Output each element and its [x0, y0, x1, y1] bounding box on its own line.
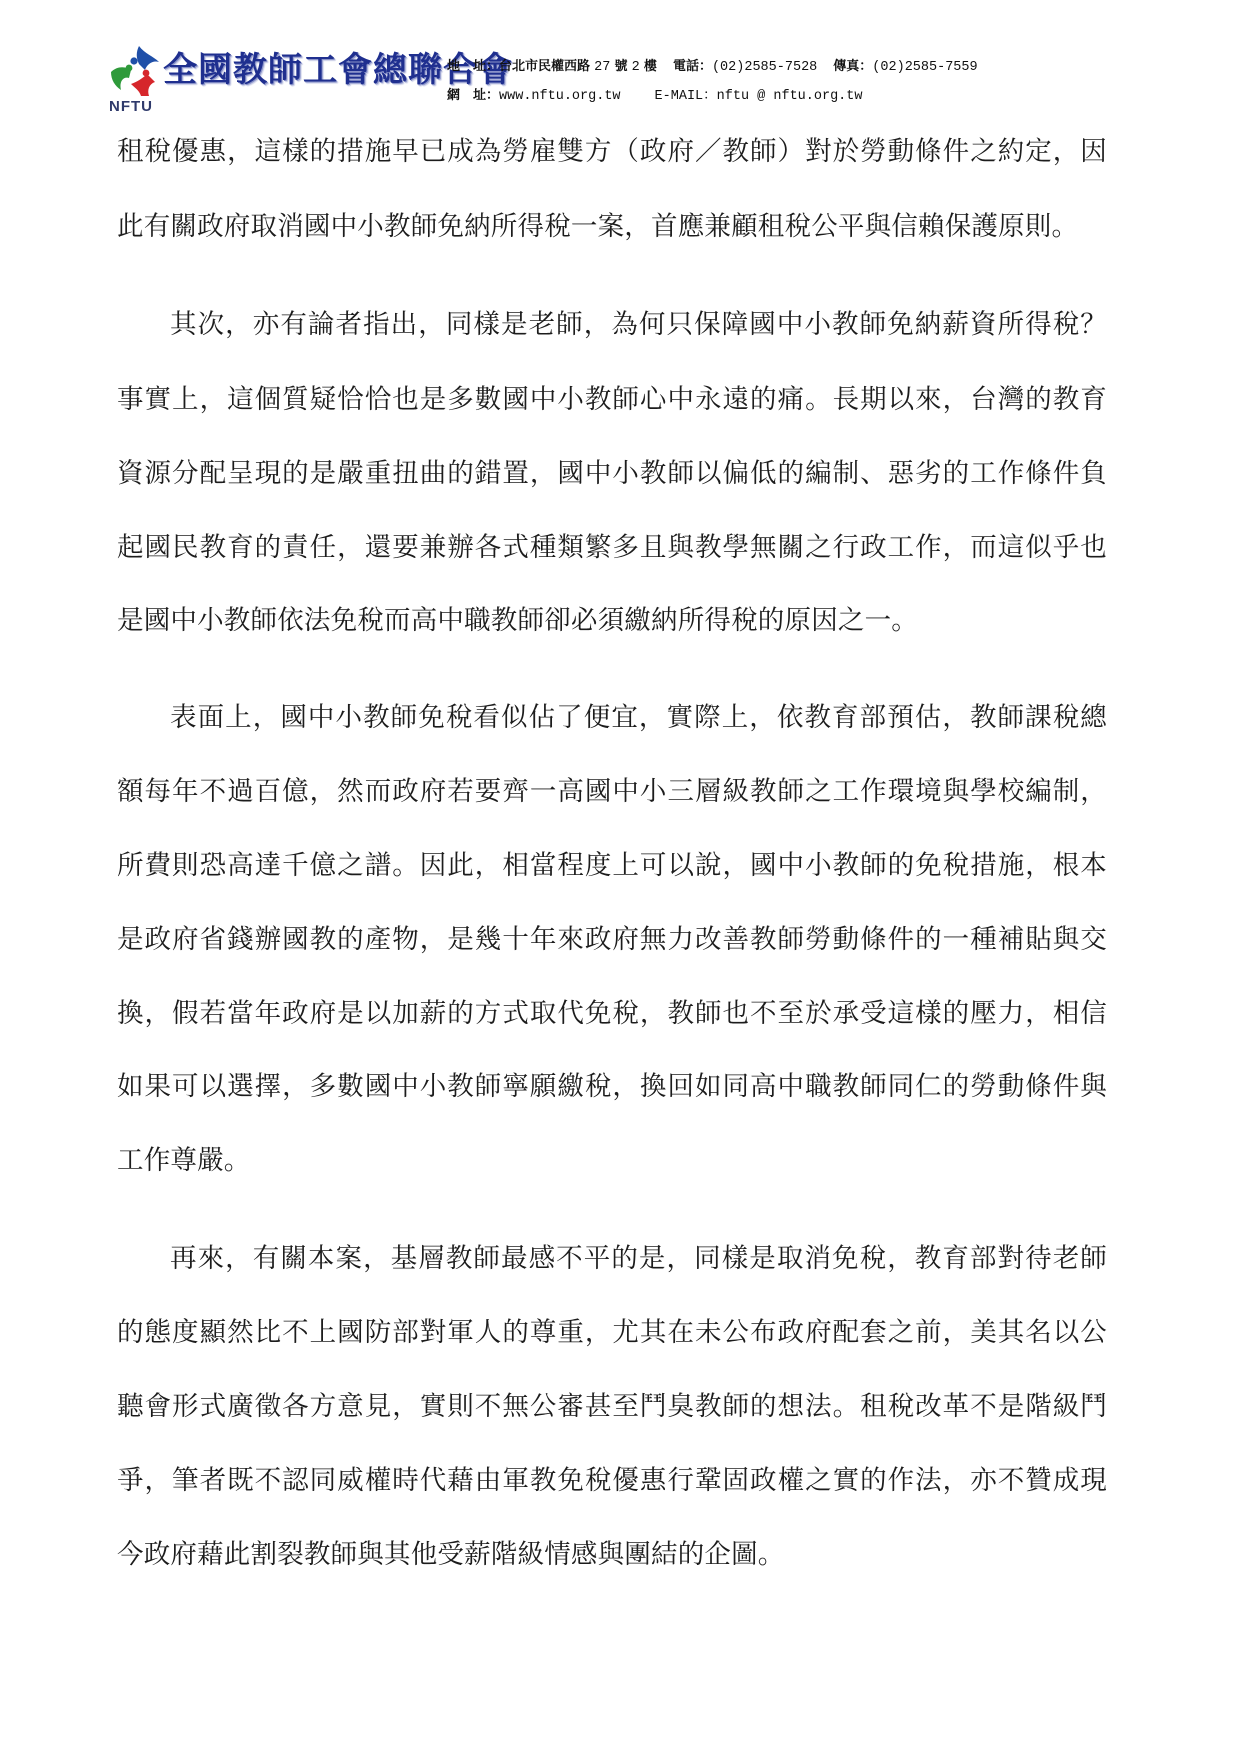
address-number-suffix: 號	[615, 59, 628, 74]
text-line: 再來，有關本案，基層教師最感不平的是，同樣是取消免稅，教育部對待老師	[170, 1242, 1107, 1276]
fax-label: 傳真：	[833, 59, 872, 74]
text-line: 表面上，國中小教師免稅看似佔了便宜，實際上，依教育部預估，教師課稅總	[170, 701, 1107, 735]
contact-line-web-email: 網 址：www.nftu.org.twE-MAIL：nftu @ nftu.or…	[447, 81, 978, 110]
text-line: 換，假若當年政府是以加薪的方式取代免稅，教師也不至於承受這樣的壓力，相信	[117, 997, 1107, 1031]
organization-logo: NFTU 全國教師工會總聯合會	[105, 38, 425, 118]
text-line: 如果可以選擇，多數國中小教師寧願繳稅，換回如同高中職教師同仁的勞動條件與	[117, 1070, 1107, 1104]
text-line: 工作尊嚴。	[117, 1144, 1107, 1178]
address-label: 地 址：	[447, 59, 499, 74]
fax-number: (02)2585-7559	[872, 60, 977, 75]
text-line: 額每年不過百億，然而政府若要齊一高國中小三層級教師之工作環境與學校編制，	[117, 775, 1107, 809]
text-line: 所費則恐高達千億之譜。因此，相當程度上可以說，國中小教師的免稅措施，根本	[117, 849, 1107, 883]
text-line: 爭，筆者既不認同威權時代藉由軍教免稅優惠行鞏固政權之實的作法，亦不贊成現	[117, 1464, 1107, 1498]
contact-info: 地 址：台北市民權西路 27 號 2 樓電話：(02)2585-7528傳真：(…	[447, 52, 978, 110]
address-floor-suffix: 樓	[644, 59, 657, 74]
text-line: 是國中小教師依法免稅而高中職教師卻必須繳納所得稅的原因之一。	[117, 604, 1107, 638]
contact-line-address-phone: 地 址：台北市民權西路 27 號 2 樓電話：(02)2585-7528傳真：(…	[447, 52, 978, 81]
nftu-emblem-icon	[109, 44, 161, 96]
address-floor: 2	[632, 60, 640, 75]
email-label: E-MAIL：	[655, 89, 717, 104]
text-line: 的態度顯然比不上國防部對軍人的尊重，尤其在未公布政府配套之前，美其名以公	[117, 1316, 1107, 1350]
text-line: 起國民教育的責任，還要兼辦各式種類繁多且與教學無關之行政工作，而這似乎也	[117, 531, 1107, 565]
phone-label: 電話：	[673, 59, 712, 74]
text-line: 資源分配呈現的是嚴重扭曲的錯置，國中小教師以偏低的編制、惡劣的工作條件負	[117, 457, 1107, 491]
text-line: 租稅優惠，這樣的措施早已成為勞雇雙方（政府／教師）對於勞動條件之約定，因	[117, 135, 1107, 169]
phone-number: (02)2585-7528	[712, 60, 817, 75]
text-line: 聽會形式廣徵各方意見，實則不無公審甚至鬥臭教師的想法。租稅改革不是階級鬥	[117, 1390, 1107, 1424]
address-street: 台北市民權西路	[499, 59, 590, 74]
text-line: 是政府省錢辦國教的產物，是幾十年來政府無力改善教師勞動條件的一種補貼與交	[117, 923, 1107, 957]
website-label: 網 址：	[447, 88, 499, 103]
letterhead: NFTU 全國教師工會總聯合會 地 址：台北市民權西路 27 號 2 樓電話：(…	[105, 38, 1115, 118]
text-line: 此有關政府取消國中小教師免納所得稅一案，首應兼顧租稅公平與信賴保護原則。	[117, 210, 1107, 244]
text-line: 事實上，這個質疑恰恰也是多數國中小教師心中永遠的痛。長期以來，台灣的教育	[117, 383, 1107, 417]
text-line: 其次，亦有論者指出，同樣是老師，為何只保障國中小教師免納薪資所得稅？	[170, 308, 1107, 342]
text-line: 今政府藉此割裂教師與其他受薪階級情感與團結的企圖。	[117, 1538, 1107, 1572]
logo-abbreviation: NFTU	[109, 98, 153, 115]
address-number: 27	[594, 60, 610, 75]
email-link[interactable]: nftu @ nftu.org.tw	[717, 89, 863, 104]
website-link[interactable]: www.nftu.org.tw	[499, 89, 621, 104]
